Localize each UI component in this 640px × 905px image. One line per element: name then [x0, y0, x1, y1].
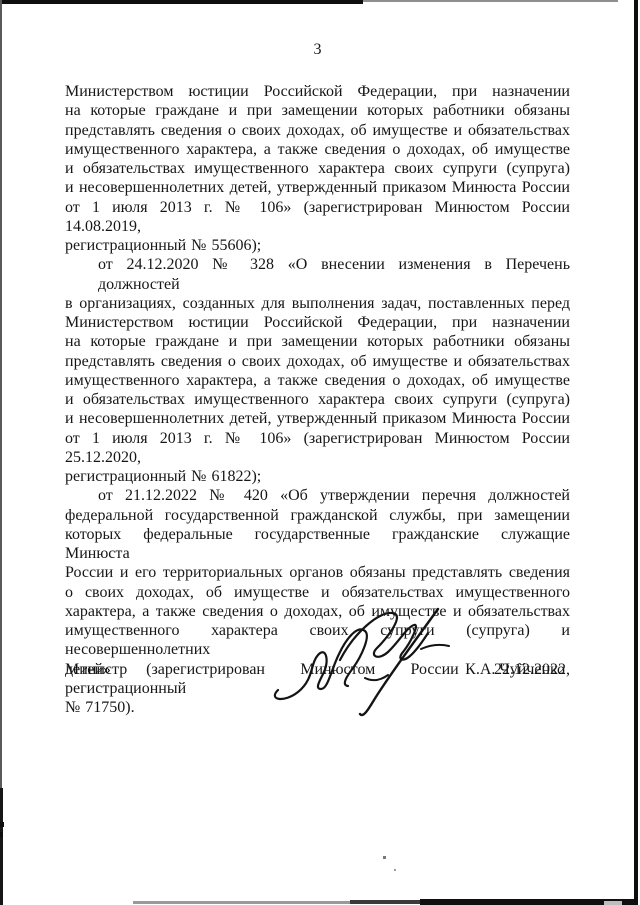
text-line: от 24.12.2020 № 328 «О внесении изменени…: [65, 255, 570, 294]
text-line: представлять сведения о своих доходах, о…: [65, 121, 570, 140]
text-line: федеральной государственной гражданской …: [65, 506, 570, 525]
scan-tick-mark: [0, 832, 3, 837]
text-line: представлять сведения о своих доходах, о…: [65, 352, 570, 371]
text-line: и несовершеннолетних детей, утвержденный…: [65, 409, 570, 428]
text-line: от 1 июля 2013 г. № 106» (зарегистрирова…: [65, 429, 570, 468]
scan-edge-bottom-gap: [604, 901, 622, 905]
scan-edge-left: [0, 0, 2, 905]
scan-edge-bottom-mid: [350, 900, 420, 904]
scan-speck: [383, 856, 386, 859]
scan-tick-mark: [0, 822, 4, 827]
text-line: в организациях, созданных для выполнения…: [65, 294, 570, 313]
text-line: имущественного характера, а также сведен…: [65, 140, 570, 159]
scan-edge-left-lower: [0, 788, 3, 905]
signer-position-label: Министр: [65, 660, 127, 679]
text-line: регистрационный № 61822);: [65, 467, 570, 486]
text-line: имущественного характера, а также сведен…: [65, 371, 570, 390]
scan-edge-bottom: [420, 899, 634, 905]
scan-speck: [394, 869, 396, 871]
text-line: на которые граждане и при замещении кото…: [65, 332, 570, 351]
text-line: и обязательствах имущественного характер…: [65, 390, 570, 409]
text-line: Министерством юстиции Российской Федерац…: [65, 82, 570, 101]
handwritten-signature: [268, 604, 460, 730]
scan-edge-bottom-fade: [133, 901, 350, 904]
text-line: которых федеральные государственные граж…: [65, 525, 570, 564]
text-line: и несовершеннолетних детей, утвержденный…: [65, 178, 570, 197]
scan-edge-top: [0, 0, 363, 4]
scan-edge-top-fade: [363, 0, 618, 2]
text-line: Министерством юстиции Российской Федерац…: [65, 313, 570, 332]
text-line: на которые граждане и при замещении кото…: [65, 101, 570, 120]
scan-edge-right: [634, 0, 638, 905]
signer-name: К.А. Чуйченко: [465, 660, 565, 679]
text-line: от 21.12.2022 № 420 «Об утверждении пере…: [65, 486, 570, 505]
text-line: от 1 июля 2013 г. № 106» (зарегистрирова…: [65, 198, 570, 237]
text-line: России и его территориальных органов обя…: [65, 563, 570, 582]
text-line: о своих доходах, об имуществе и обязател…: [65, 583, 570, 602]
page-number: 3: [65, 40, 570, 59]
text-line: и обязательствах имущественного характер…: [65, 159, 570, 178]
text-line: регистрационный № 55606);: [65, 236, 570, 255]
